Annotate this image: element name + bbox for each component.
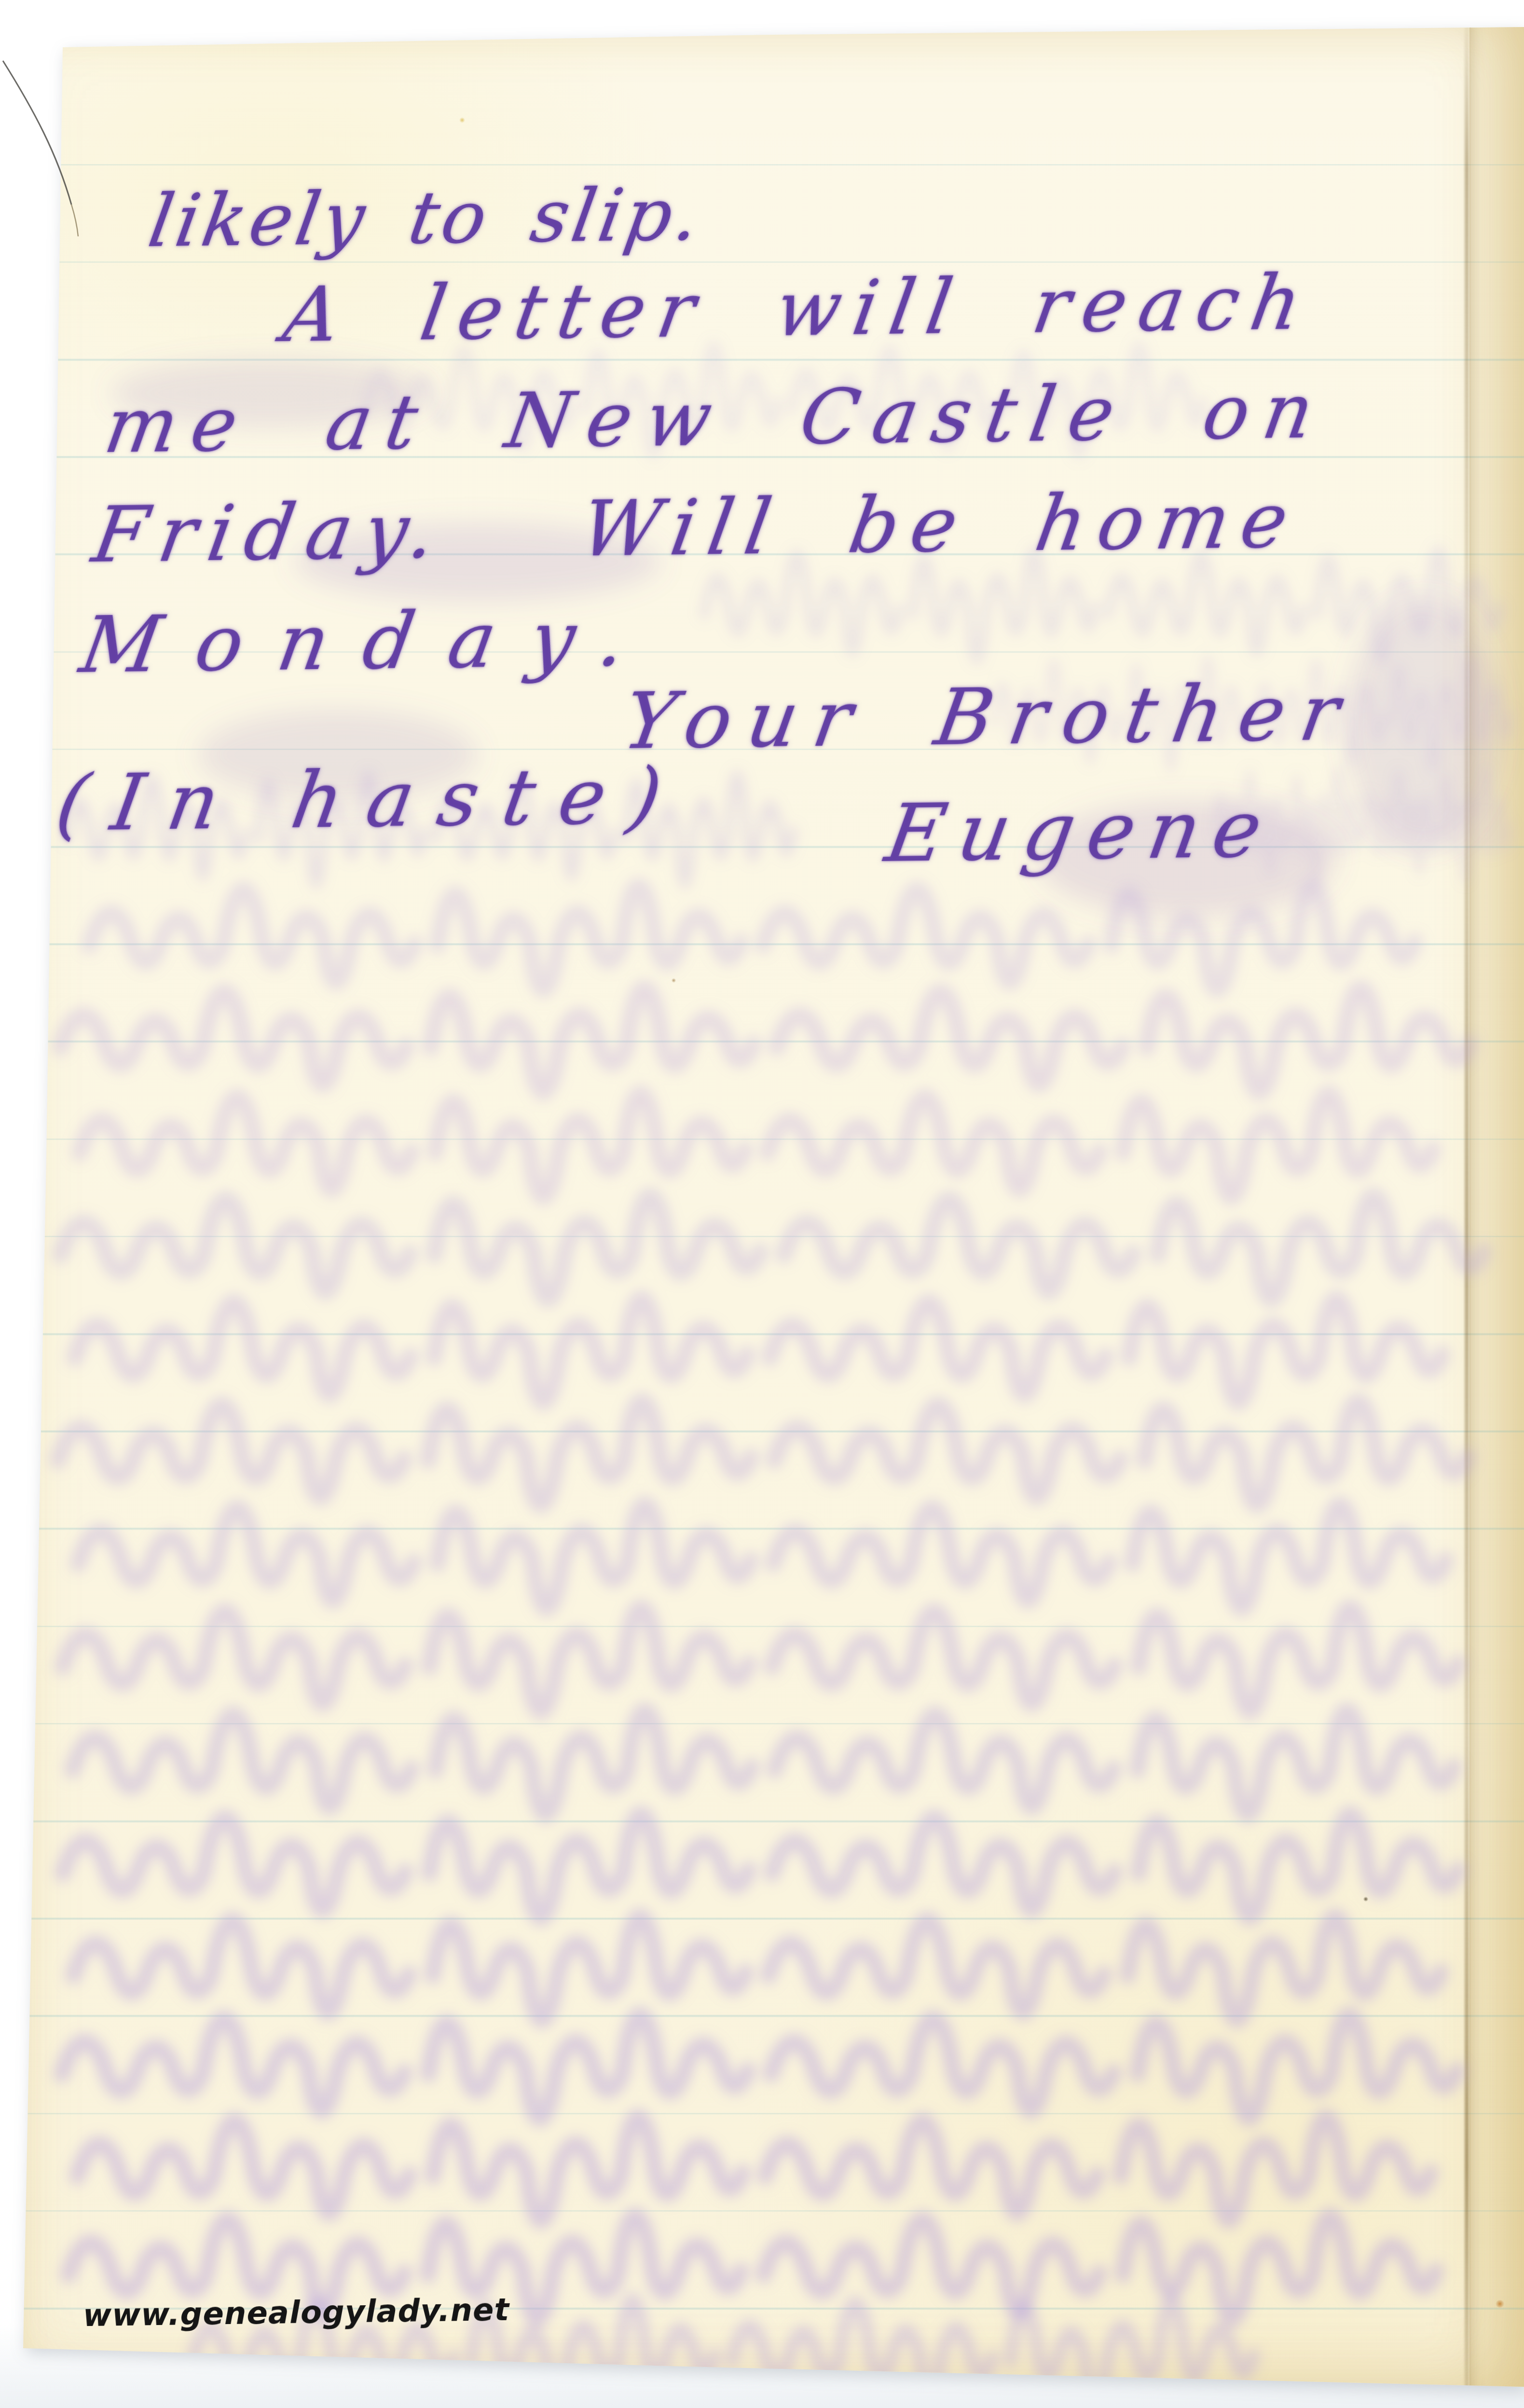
paper-speck [1496, 2300, 1504, 2308]
scanned-letter-page: { "letter": { "lines": [ "likely to slip… [0, 0, 1524, 2408]
watermark-url: www.genealogylady.net [83, 2292, 510, 2334]
signature-name: Eugene [879, 782, 1281, 880]
handwriting-line-4: Friday. Will be home [87, 476, 1307, 580]
handwriting-line-3: me at New Castle on [99, 367, 1334, 470]
paper-shadow: likely to slip. A letter will reach me a… [0, 0, 1524, 2408]
paper-speck [1363, 1897, 1368, 1902]
paper-speck [672, 978, 676, 983]
paper-speck [459, 117, 465, 123]
handwriting-line-1: likely to slip. [143, 173, 708, 263]
stray-hair [0, 38, 154, 288]
handwriting-line-2: A letter will reach [277, 259, 1320, 359]
handwriting-in-haste: (In haste) [50, 751, 693, 848]
letter-paper: likely to slip. A letter will reach me a… [0, 0, 1524, 2408]
handwriting-line-5: Monday. [74, 593, 668, 690]
ink-bleedthrough-layer [0, 0, 1524, 2408]
handwriting-closing: Your Brother [617, 668, 1362, 767]
